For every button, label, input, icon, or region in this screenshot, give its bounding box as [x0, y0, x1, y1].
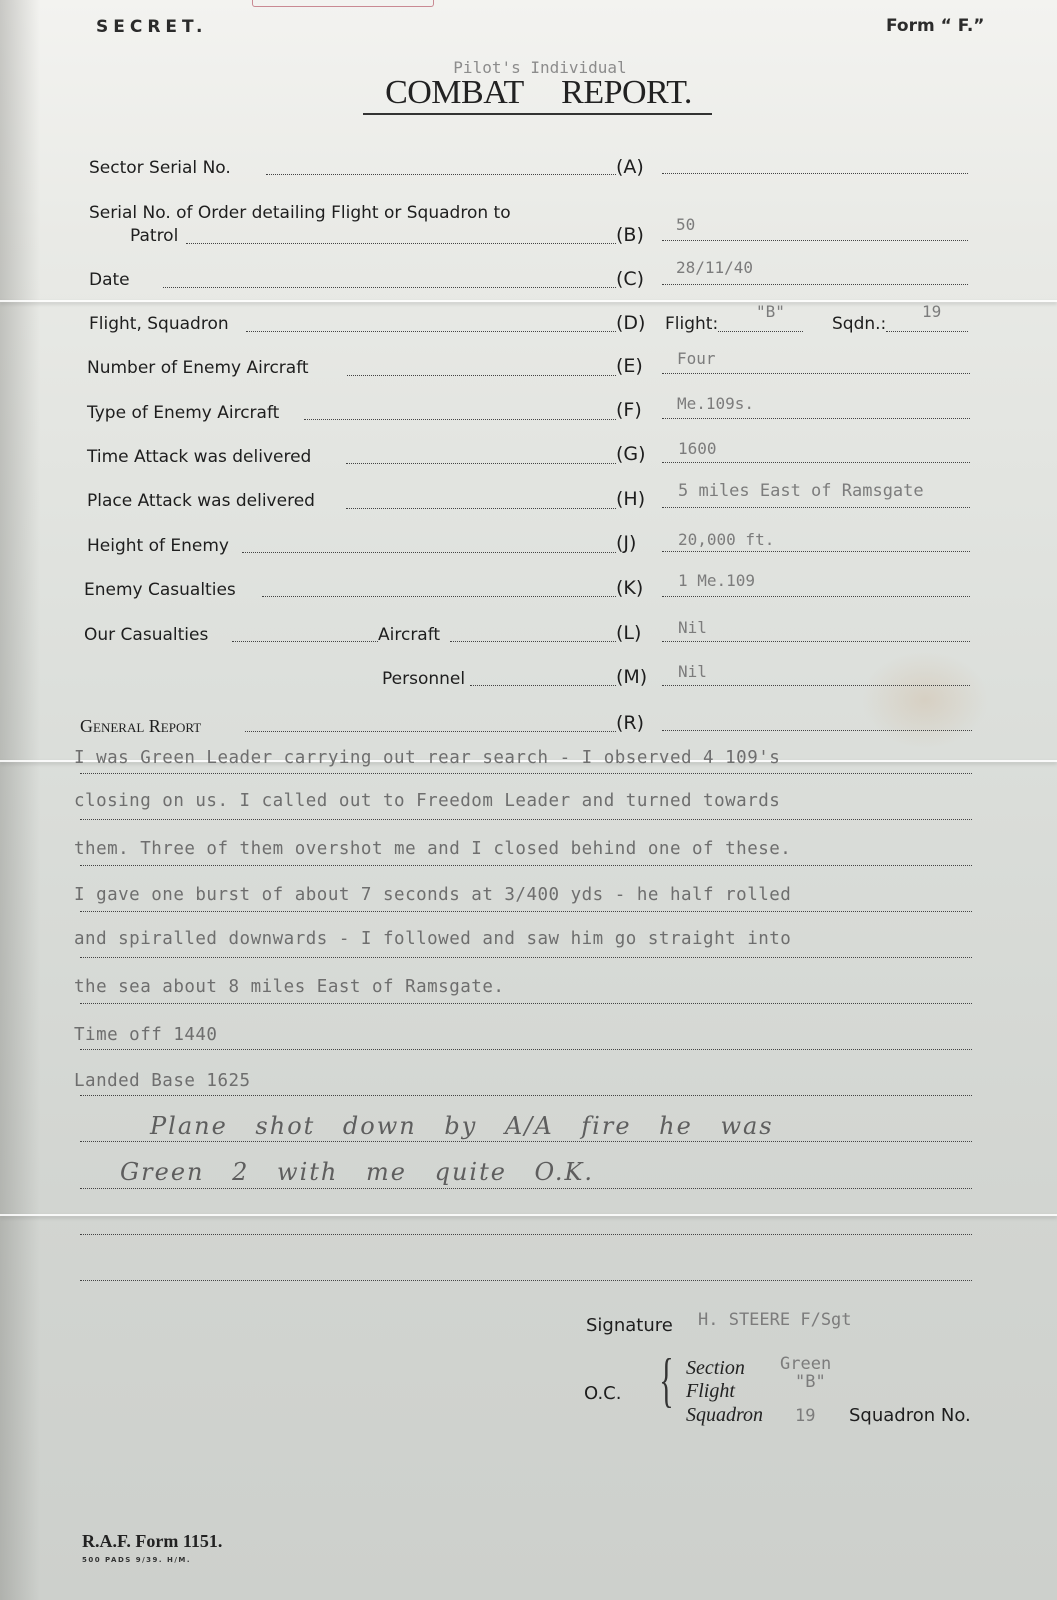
report-line: I gave one burst of about 7 seconds at 3…: [74, 885, 791, 905]
value-line: [718, 331, 803, 332]
field-code: (C): [616, 268, 644, 290]
report-line: I was Green Leader carrying out rear sea…: [74, 748, 780, 768]
stamp-mark: [252, 0, 434, 7]
field-label-our-casualties: Our Casualties: [84, 625, 208, 645]
report-rule: [80, 773, 972, 774]
field-value-height-enemy[interactable]: 20,000 ft.: [678, 530, 774, 549]
dotted-leader: [346, 463, 616, 464]
report-rule: [80, 911, 972, 912]
value-line: [886, 331, 968, 332]
field-value-type-enemy-aircraft[interactable]: Me.109s.: [677, 394, 754, 413]
field-sublabel-personnel: Personnel: [382, 669, 465, 689]
dotted-leader: [470, 685, 616, 686]
value-line: [662, 418, 970, 419]
field-code: (G): [616, 443, 646, 465]
oc-section-label: Section: [686, 1357, 745, 1380]
field-sublabel-aircraft: Aircraft: [378, 625, 440, 645]
field-value-time-attack[interactable]: 1600: [678, 439, 717, 458]
paper-fold: [0, 300, 1057, 302]
field-label-flight-squadron: Flight, Squadron: [89, 314, 229, 334]
field-code: (H): [616, 488, 645, 510]
field-label-number-enemy-aircraft: Number of Enemy Aircraft: [87, 358, 309, 378]
field-code: (B): [616, 224, 644, 246]
handwritten-line: Green 2 with me quite O.K.: [120, 1158, 594, 1186]
report-line: closing on us. I called out to Freedom L…: [74, 791, 780, 811]
field-label-general-report: General Report: [80, 716, 201, 737]
page-title: COMBAT REPORT.: [0, 74, 1057, 112]
field-label-order-serial-line2: Patrol: [130, 226, 178, 246]
field-code: (R): [616, 712, 644, 734]
field-code: (K): [616, 577, 643, 599]
classification-label: SECRET.: [96, 17, 208, 37]
field-value-our-casualties-aircraft[interactable]: Nil: [678, 618, 707, 637]
report-line: and spiralled downwards - I followed and…: [74, 929, 791, 949]
field-code: (F): [616, 399, 642, 421]
value-line: [662, 685, 970, 686]
value-line: [662, 551, 970, 552]
value-line: [662, 284, 968, 285]
dotted-leader: [262, 596, 616, 597]
print-info: 500 PADS 9/39. H/M.: [82, 1556, 191, 1564]
field-label-enemy-casualties: Enemy Casualties: [84, 580, 236, 600]
dotted-leader: [266, 174, 616, 175]
field-label-height-enemy: Height of Enemy: [87, 536, 229, 556]
field-value-number-enemy-aircraft[interactable]: Four: [677, 349, 716, 368]
dotted-leader: [346, 508, 616, 509]
value-line: [662, 596, 970, 597]
oc-label: O.C.: [584, 1383, 621, 1404]
field-value-sqdn[interactable]: 19: [922, 302, 941, 321]
handwritten-line: Plane shot down by A/A fire he was: [150, 1112, 774, 1140]
field-value-sector-serial[interactable]: [662, 173, 968, 174]
field-label-order-serial: Serial No. of Order detailing Flight or …: [89, 203, 511, 223]
field-code: (E): [616, 355, 643, 377]
field-code: (M): [616, 666, 647, 688]
value-line: [662, 730, 972, 731]
report-rule: [80, 957, 972, 958]
oc-section-value[interactable]: Green: [780, 1354, 831, 1374]
report-rule: [80, 865, 972, 866]
dotted-leader: [304, 419, 616, 420]
field-code: (D): [616, 312, 645, 334]
report-line: the sea about 8 miles East of Ramsgate.: [74, 977, 504, 997]
brace-symbol: {: [659, 1350, 673, 1410]
report-rule: [80, 1280, 972, 1281]
oc-squadron-label: Squadron: [686, 1404, 763, 1427]
form-label: Form “ F.”: [886, 16, 984, 36]
field-value-our-casualties-personnel[interactable]: Nil: [678, 662, 707, 681]
oc-squadron-value[interactable]: 19: [795, 1406, 815, 1426]
field-value-flight[interactable]: "B": [756, 302, 785, 321]
report-rule: [80, 1003, 972, 1004]
value-line: [662, 507, 970, 508]
field-code: (A): [616, 156, 644, 178]
dotted-leader: [450, 641, 616, 642]
signature-value[interactable]: H. STEERE F/Sgt: [698, 1310, 852, 1330]
field-value-place-attack[interactable]: 5 miles East of Ramsgate: [678, 481, 924, 501]
report-rule: [80, 1234, 972, 1235]
oc-flight-value[interactable]: "B": [795, 1372, 826, 1392]
field-value-date[interactable]: 28/11/40: [676, 258, 753, 277]
oc-flight-label: Flight: [686, 1380, 735, 1403]
dotted-leader: [163, 287, 616, 288]
dotted-leader: [347, 375, 616, 376]
field-label-time-attack: Time Attack was delivered: [87, 447, 311, 467]
field-code: (J): [616, 532, 636, 554]
report-line: Time off 1440: [74, 1025, 217, 1045]
value-line: [662, 373, 970, 374]
field-value-order-serial[interactable]: 50: [676, 215, 695, 234]
field-label-type-enemy-aircraft: Type of Enemy Aircraft: [87, 403, 279, 423]
signature-label: Signature: [586, 1315, 673, 1336]
flight-label: Flight:: [665, 314, 718, 334]
field-label-place-attack: Place Attack was delivered: [87, 491, 315, 511]
dotted-leader: [246, 331, 616, 332]
field-code: (L): [616, 622, 641, 644]
field-value-enemy-casualties[interactable]: 1 Me.109: [678, 571, 755, 590]
paper-fold: [0, 1214, 1057, 1216]
report-rule: [80, 819, 972, 820]
combat-report-form: SECRET. Form “ F.” Pilot's Individual CO…: [0, 0, 1057, 1600]
dotted-leader: [245, 731, 616, 732]
report-rule: [80, 1049, 972, 1050]
value-line: [662, 240, 968, 241]
field-label-sector-serial: Sector Serial No.: [89, 158, 231, 178]
title-underline: [363, 113, 712, 115]
dotted-leader: [232, 641, 378, 642]
field-label-date: Date: [89, 270, 130, 290]
squadron-no-label: Squadron No.: [849, 1405, 971, 1426]
report-rule: [80, 1095, 972, 1096]
report-line: Landed Base 1625: [74, 1071, 251, 1091]
sqdn-label: Sqdn.:: [832, 314, 886, 334]
dotted-leader: [242, 552, 616, 553]
value-line: [662, 641, 970, 642]
dotted-leader: [186, 243, 616, 244]
form-number: R.A.F. Form 1151.: [82, 1531, 222, 1552]
report-line: them. Three of them overshot me and I cl…: [74, 839, 791, 859]
value-line: [662, 462, 970, 463]
report-rule: [80, 1141, 972, 1142]
report-rule: [80, 1188, 972, 1189]
